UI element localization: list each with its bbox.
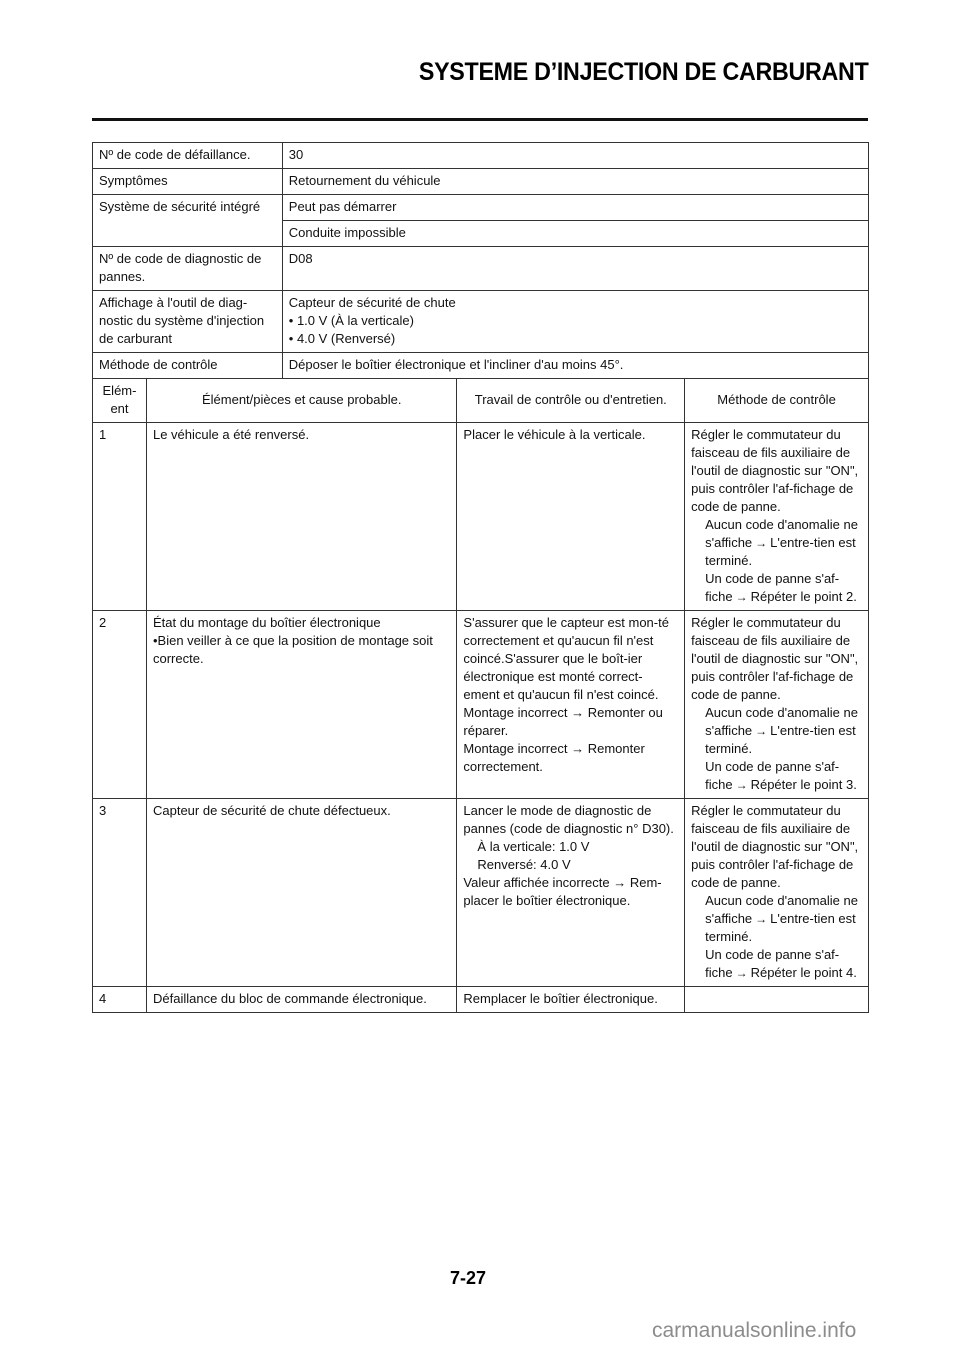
column-header-row: Elém-ent Élément/pièces et cause probabl… bbox=[93, 379, 869, 423]
work-text: S'assurer que le capteur est mon-té corr… bbox=[463, 614, 678, 704]
watermark: carmanualsonline.info bbox=[652, 1319, 856, 1343]
cause-text: Le véhicule a été renversé. bbox=[153, 426, 450, 444]
arrow-right-icon: → bbox=[752, 724, 770, 738]
work-text: Montage incorrect → Remonter ou réparer. bbox=[463, 704, 678, 740]
row-number: 2 bbox=[93, 611, 147, 799]
failsafe-value-1: Peut pas démarrer bbox=[282, 195, 868, 221]
title-divider bbox=[92, 118, 868, 121]
row-method: Régler le commutateur du faisceau de fil… bbox=[685, 423, 869, 611]
table-row: 1 Le véhicule a été renversé. Placer le … bbox=[93, 423, 869, 611]
info-row-fault-code: Nº de code de défaillance. 30 bbox=[93, 143, 869, 169]
row-number: 1 bbox=[93, 423, 147, 611]
cause-text: État du montage du boîtier électronique bbox=[153, 614, 450, 632]
arrow-right-icon: → bbox=[733, 778, 751, 792]
work-text: Valeur affichée incorrecte → Rem-placer … bbox=[463, 874, 678, 910]
method-value: Déposer le boîtier électronique et l'inc… bbox=[282, 353, 868, 379]
row-cause: Le véhicule a été renversé. bbox=[146, 423, 456, 611]
diag-code-value: D08 bbox=[282, 247, 868, 291]
info-row-failsafe: Système de sécurité intégré Peut pas dém… bbox=[93, 195, 869, 221]
method-intro: Régler le commutateur du faisceau de fil… bbox=[691, 614, 862, 704]
row-cause: Capteur de sécurité de chute défectueux. bbox=[146, 799, 456, 987]
row-method: Régler le commutateur du faisceau de fil… bbox=[685, 799, 869, 987]
fault-code-label: Nº de code de défaillance. bbox=[93, 143, 283, 169]
method-intro: Régler le commutateur du faisceau de fil… bbox=[691, 802, 862, 892]
method-intro: Régler le commutateur du faisceau de fil… bbox=[691, 426, 862, 516]
page-title: SYSTEME D’INJECTION DE CARBURANT bbox=[418, 58, 868, 87]
row-work: Remplacer le boîtier électronique. bbox=[457, 987, 685, 1013]
method-ng: Un code de panne s'af-fiche→Répéter le p… bbox=[691, 758, 862, 794]
method-ok: Aucun code d'anomalie ne s'affiche→L'ent… bbox=[691, 516, 862, 570]
display-line: • 1.0 V (À la verticale) bbox=[289, 312, 862, 330]
work-value: Renversé: 4.0 V bbox=[463, 856, 678, 874]
column-header-method: Méthode de contrôle bbox=[685, 379, 869, 423]
row-work: Lancer le mode de diagnostic de pannes (… bbox=[457, 799, 685, 987]
info-row-method: Méthode de contrôle Déposer le boîtier é… bbox=[93, 353, 869, 379]
column-header-work: Travail de contrôle ou d'entretien. bbox=[457, 379, 685, 423]
table-row: 2 État du montage du boîtier électroniqu… bbox=[93, 611, 869, 799]
failsafe-label: Système de sécurité intégré bbox=[93, 195, 283, 247]
row-number: 3 bbox=[93, 799, 147, 987]
row-work: Placer le véhicule à la verticale. bbox=[457, 423, 685, 611]
symptoms-label: Symptômes bbox=[93, 169, 283, 195]
cause-bullet: •Bien veiller à ce que la position de mo… bbox=[153, 632, 450, 668]
row-method bbox=[685, 987, 869, 1013]
display-label: Affichage à l'outil de diag-nostic du sy… bbox=[93, 291, 283, 353]
failsafe-value-2: Conduite impossible bbox=[282, 221, 868, 247]
method-ok: Aucun code d'anomalie ne s'affiche→L'ent… bbox=[691, 892, 862, 946]
column-header-item: Elém-ent bbox=[93, 379, 147, 423]
table-row: 3 Capteur de sécurité de chute défectueu… bbox=[93, 799, 869, 987]
row-cause: État du montage du boîtier électronique … bbox=[146, 611, 456, 799]
method-label: Méthode de contrôle bbox=[93, 353, 283, 379]
work-text: Lancer le mode de diagnostic de pannes (… bbox=[463, 802, 678, 838]
work-value: À la verticale: 1.0 V bbox=[463, 838, 678, 856]
row-cause: Défaillance du bloc de commande électron… bbox=[146, 987, 456, 1013]
arrow-right-icon: → bbox=[752, 912, 770, 926]
work-text: Remplacer le boîtier électronique. bbox=[463, 990, 678, 1008]
method-ng: Un code de panne s'af-fiche→Répéter le p… bbox=[691, 570, 862, 606]
row-work: S'assurer que le capteur est mon-té corr… bbox=[457, 611, 685, 799]
cause-text: Capteur de sécurité de chute défectueux. bbox=[153, 802, 450, 820]
cause-text: Défaillance du bloc de commande électron… bbox=[153, 990, 450, 1008]
info-row-display: Affichage à l'outil de diag-nostic du sy… bbox=[93, 291, 869, 353]
arrow-right-icon: → bbox=[733, 966, 751, 980]
table-row: 4 Défaillance du bloc de commande électr… bbox=[93, 987, 869, 1013]
info-row-symptoms: Symptômes Retournement du véhicule bbox=[93, 169, 869, 195]
method-ok: Aucun code d'anomalie ne s'affiche→L'ent… bbox=[691, 704, 862, 758]
arrow-right-icon: → bbox=[733, 590, 751, 604]
row-number: 4 bbox=[93, 987, 147, 1013]
work-text: Placer le véhicule à la verticale. bbox=[463, 426, 678, 444]
page-number: 7-27 bbox=[450, 1268, 486, 1289]
method-ng: Un code de panne s'af-fiche→Répéter le p… bbox=[691, 946, 862, 982]
info-row-diag-code: Nº de code de diagnostic de pannes. D08 bbox=[93, 247, 869, 291]
diagnostic-table: Nº de code de défaillance. 30 Symptômes … bbox=[92, 142, 869, 1013]
fault-code-value: 30 bbox=[282, 143, 868, 169]
display-value: Capteur de sécurité de chute • 1.0 V (À … bbox=[282, 291, 868, 353]
column-header-cause: Élément/pièces et cause probable. bbox=[146, 379, 456, 423]
display-line: Capteur de sécurité de chute bbox=[289, 294, 862, 312]
diag-code-label: Nº de code de diagnostic de pannes. bbox=[93, 247, 283, 291]
display-line: • 4.0 V (Renversé) bbox=[289, 330, 862, 348]
arrow-right-icon: → bbox=[752, 536, 770, 550]
work-text: Montage incorrect → Remonter correctemen… bbox=[463, 740, 678, 776]
row-method: Régler le commutateur du faisceau de fil… bbox=[685, 611, 869, 799]
symptoms-value: Retournement du véhicule bbox=[282, 169, 868, 195]
